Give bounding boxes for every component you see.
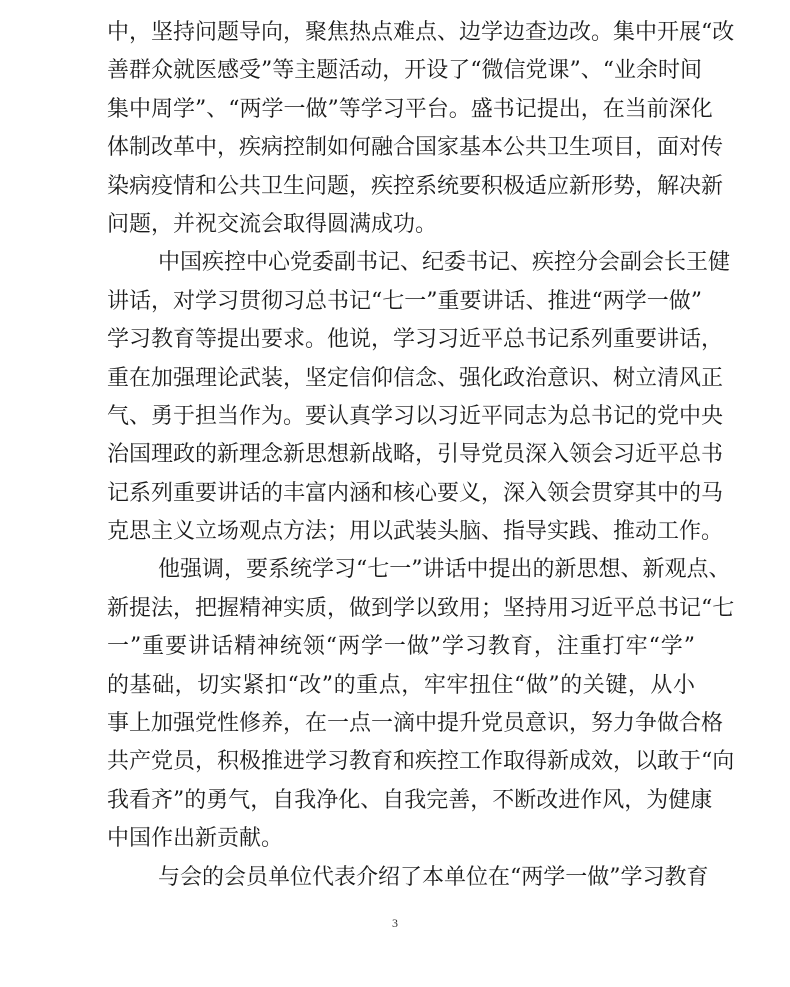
text-line-7: 中国疾控中心党委副书记、纪委书记、疾控分会副会长王健 [107, 244, 695, 282]
text-line-2: 善群众就医感受”等主题活动，开设了“微信党课”、“业余时间 [107, 52, 695, 90]
text-line-6: 问题，并祝交流会取得圆满成功。 [107, 206, 695, 244]
text-line-20: 共产党员，积极推进学习教育和疾控工作取得新成效，以敢于“向 [107, 743, 695, 781]
text-line-14: 克思主义立场观点方法；用以武装头脑、指导实践、推动工作。 [107, 513, 695, 551]
text-line-21: 我看齐”的勇气，自我净化、自我完善，不断改进作风，为健康 [107, 782, 695, 820]
text-line-13: 记系列重要讲话的丰富内涵和核心要义，深入领会贯穿其中的马 [107, 475, 695, 513]
text-line-1: 中，坚持问题导向，聚焦热点难点、边学边查边改。集中开展“改 [107, 14, 695, 52]
text-line-4: 体制改革中，疾病控制如何融合国家基本公共卫生项目，面对传 [107, 129, 695, 167]
text-line-12: 治国理政的新理念新思想新战略，引导党员深入领会习近平总书 [107, 436, 695, 474]
text-line-15: 他强调，要系统学习“七一”讲话中提出的新思想、新观点、 [107, 551, 695, 589]
text-line-8: 讲话，对学习贯彻习总书记“七一”重要讲话、推进“两学一做” [107, 283, 695, 321]
text-line-3: 集中周学”、“两学一做”等学习平台。盛书记提出，在当前深化 [107, 91, 695, 129]
text-line-23: 与会的会员单位代表介绍了本单位在“两学一做”学习教育 [107, 859, 695, 897]
text-line-16: 新提法，把握精神实质，做到学以致用；坚持用习近平总书记“七 [107, 590, 695, 628]
page-number: 3 [0, 916, 790, 931]
text-line-9: 学习教育等提出要求。他说，学习习近平总书记系列重要讲话， [107, 321, 695, 359]
text-line-5: 染病疫情和公共卫生问题，疾控系统要积极适应新形势，解决新 [107, 168, 695, 206]
text-line-22: 中国作出新贡献。 [107, 820, 695, 858]
text-line-10: 重在加强理论武装，坚定信仰信念、强化政治意识、树立清风正 [107, 360, 695, 398]
text-line-11: 气、勇于担当作为。要认真学习以习近平同志为总书记的党中央 [107, 398, 695, 436]
text-line-18: 的基础，切实紧扣“改”的重点，牢牢扭住“做”的关键，从小 [107, 667, 695, 705]
text-line-19: 事上加强党性修养，在一点一滴中提升党员意识，努力争做合格 [107, 705, 695, 743]
text-line-17: 一”重要讲话精神统领“两学一做”学习教育，注重打牢“学” [107, 628, 695, 666]
document-page: 中，坚持问题导向，聚焦热点难点、边学边查边改。集中开展“改 善群众就医感受”等主… [0, 0, 790, 987]
body-text: 中，坚持问题导向，聚焦热点难点、边学边查边改。集中开展“改 善群众就医感受”等主… [107, 14, 695, 897]
